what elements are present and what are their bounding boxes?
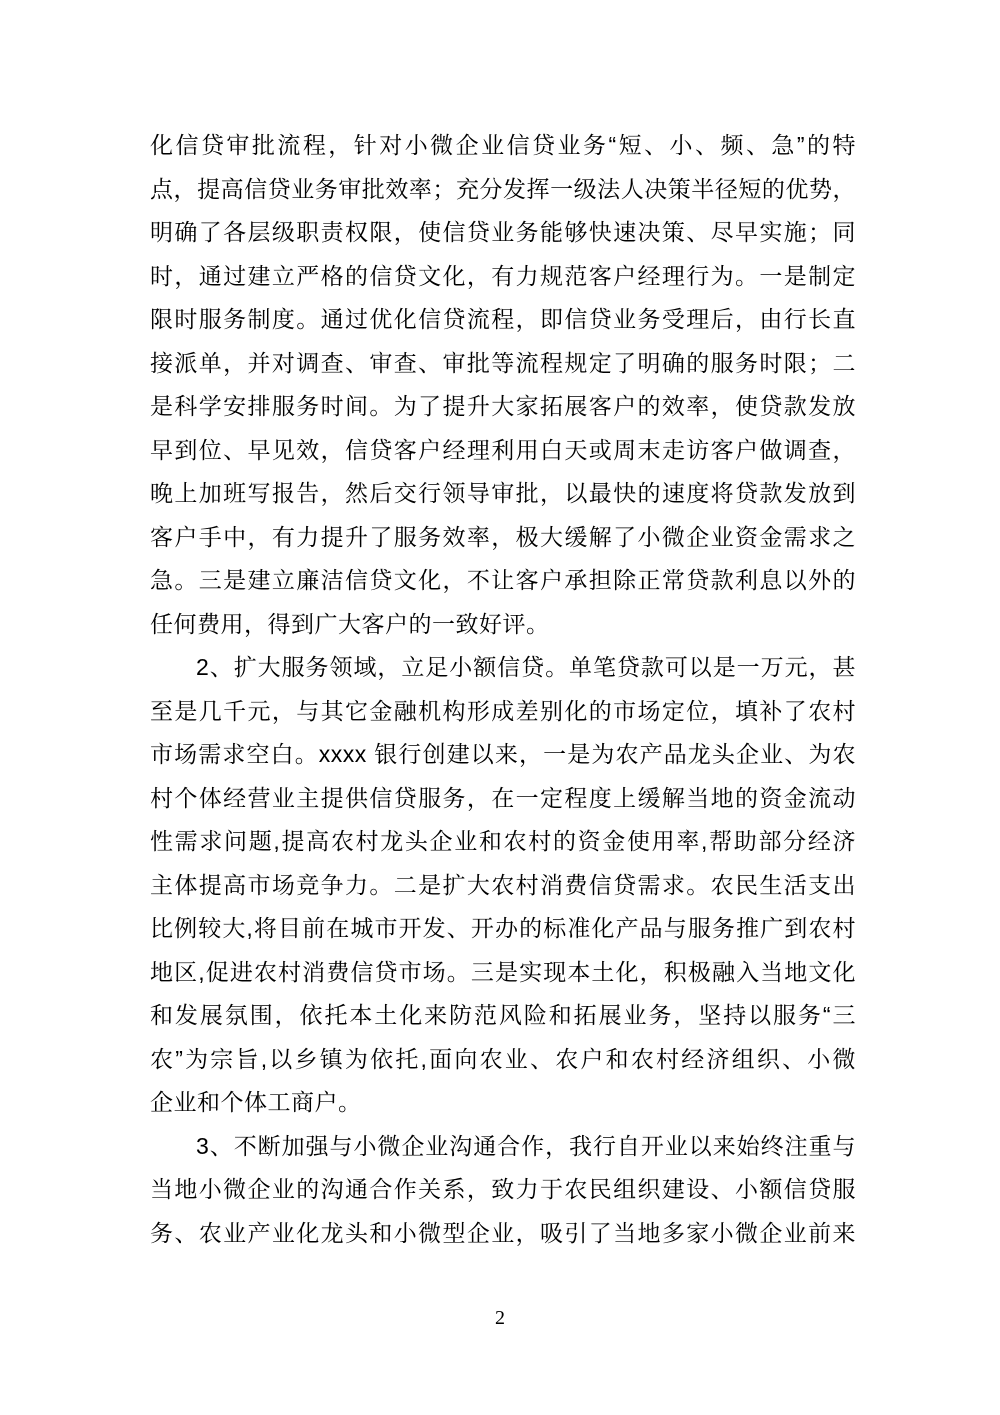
document-text-line: 时，通过建立严格的信贷文化，有力规范客户经理行为。一是制定	[150, 255, 856, 299]
document-text-line: 比例较大,将目前在城市开发、开办的标准化产品与服务推广到农村	[150, 907, 856, 951]
document-text-line: 是科学安排服务时间。为了提升大家拓展客户的效率，使贷款发放	[150, 385, 856, 429]
document-text-line: 任何费用，得到广大客户的一致好评。	[150, 603, 856, 647]
document-text-line: 客户手中，有力提升了服务效率，极大缓解了小微企业资金需求之	[150, 516, 856, 560]
document-text-line: 点，提高信贷业务审批效率；充分发挥一级法人决策半径短的优势，	[150, 168, 856, 212]
document-text-line: 至是几千元，与其它金融机构形成差别化的市场定位，填补了农村	[150, 690, 856, 734]
document-text-line: 主体提高市场竞争力。二是扩大农村消费信贷需求。农民生活支出	[150, 864, 856, 908]
document-text-line: 化信贷审批流程，针对小微企业信贷业务“短、小、频、急”的特	[150, 124, 856, 168]
document-text-line: 早到位、早见效，信贷客户经理利用白天或周末走访客户做调查，	[150, 429, 856, 473]
document-text-line: 晚上加班写报告，然后交行领导审批，以最快的速度将贷款发放到	[150, 472, 856, 516]
document-text-line: 市场需求空白。xxxx 银行创建以来，一是为农产品龙头企业、为农	[150, 733, 856, 777]
document-text-line: 村个体经营业主提供信贷服务，在一定程度上缓解当地的资金流动	[150, 777, 856, 821]
document-text-line: 务、农业产业化龙头和小微型企业，吸引了当地多家小微企业前来	[150, 1212, 856, 1256]
document-text-line: 和发展氛围，依托本土化来防范风险和拓展业务，坚持以服务“三	[150, 994, 856, 1038]
document-text-line: 地区,促进农村消费信贷市场。三是实现本土化，积极融入当地文化	[150, 951, 856, 995]
document-text-line: 限时服务制度。通过优化信贷流程，即信贷业务受理后，由行长直	[150, 298, 856, 342]
document-text-line: 明确了各层级职责权限，使信贷业务能够快速决策、尽早实施；同	[150, 211, 856, 255]
document-text-line: 接派单，并对调查、审查、审批等流程规定了明确的服务时限；二	[150, 342, 856, 386]
document-text-line: 企业和个体工商户。	[150, 1081, 856, 1125]
page-footer: 2	[0, 1306, 1000, 1330]
document-page: 化信贷审批流程，针对小微企业信贷业务“短、小、频、急”的特点，提高信贷业务审批效…	[0, 0, 1000, 1415]
document-text-line: 性需求问题,提高农村龙头企业和农村的资金使用率,帮助部分经济	[150, 820, 856, 864]
document-body: 化信贷审批流程，针对小微企业信贷业务“短、小、频、急”的特点，提高信贷业务审批效…	[150, 124, 856, 1255]
document-text-line: 急。三是建立廉洁信贷文化，不让客户承担除正常贷款利息以外的	[150, 559, 856, 603]
page-number: 2	[495, 1307, 505, 1329]
document-text-line: 当地小微企业的沟通合作关系，致力于农民组织建设、小额信贷服	[150, 1168, 856, 1212]
document-text-line: 2、扩大服务领域，立足小额信贷。单笔贷款可以是一万元，甚	[150, 646, 856, 690]
document-text-line: 3、不断加强与小微企业沟通合作，我行自开业以来始终注重与	[150, 1125, 856, 1169]
document-text-line: 农”为宗旨,以乡镇为依托,面向农业、农户和农村经济组织、小微	[150, 1038, 856, 1082]
